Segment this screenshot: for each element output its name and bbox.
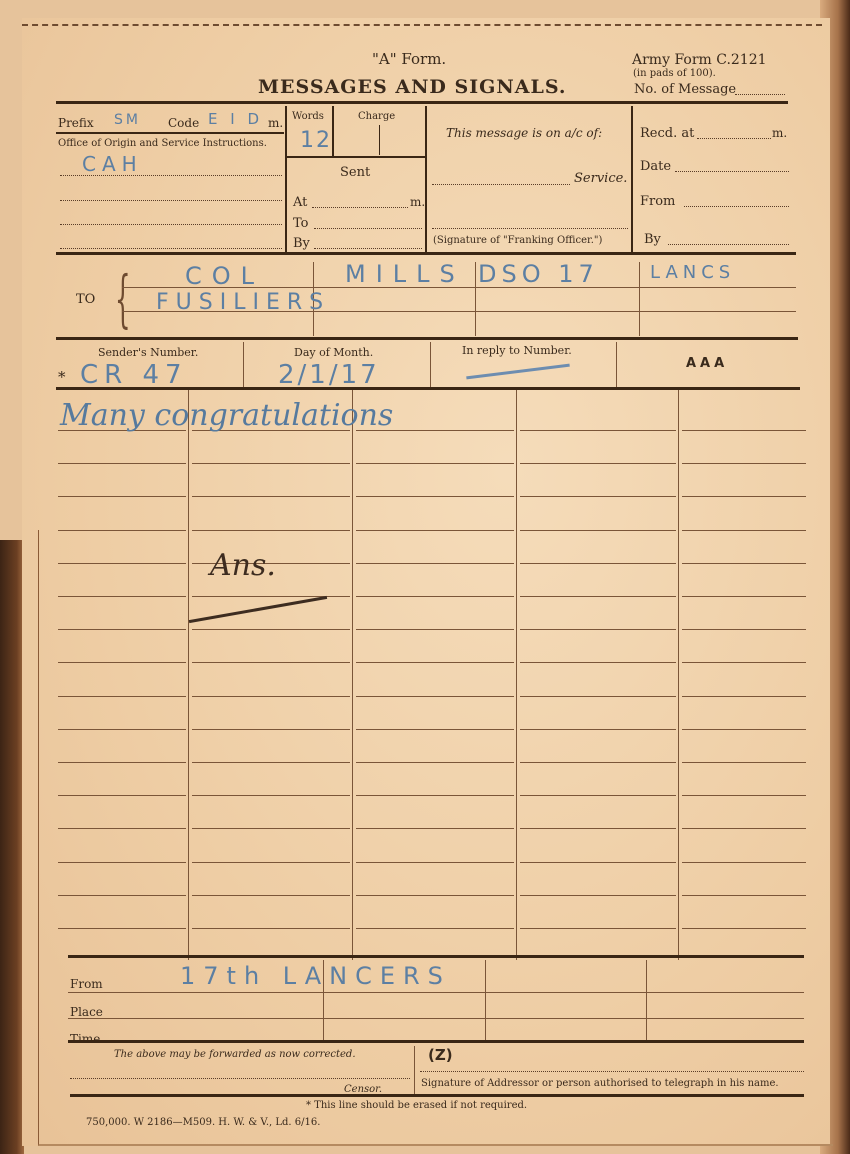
- sent-to-label: To: [293, 216, 309, 231]
- received-by-label: By: [644, 232, 661, 247]
- grid-rule-line: [192, 895, 350, 896]
- aaa-marker: AAA: [686, 356, 728, 371]
- to-brace: {: [115, 262, 131, 335]
- grid-rule-line: [58, 563, 186, 564]
- grid-rule-line: [58, 729, 186, 730]
- prefix-label: Prefix: [58, 116, 94, 130]
- grid-rule-line: [356, 729, 514, 730]
- grid-rule-line: [356, 596, 514, 597]
- grid-rule-line: [58, 795, 186, 796]
- section-rule: [68, 955, 804, 958]
- footer-divider: [485, 960, 486, 1040]
- forwarded-note: The above may be forwarded as now correc…: [114, 1049, 356, 1060]
- grid-rule-line: [58, 596, 186, 597]
- grid-rule-line: [682, 430, 806, 431]
- grid-column-divider: [352, 390, 353, 960]
- code-value[interactable]: E I D: [208, 110, 263, 128]
- section-rule: [56, 252, 796, 255]
- sent-by-field[interactable]: [314, 248, 422, 249]
- printer-line: 750,000. W 2186—M509. H. W. & V., Ld. 6/…: [86, 1117, 320, 1128]
- reply-number-label: In reply to Number.: [462, 344, 572, 357]
- to-recipient-word[interactable]: DSO 17: [478, 260, 599, 288]
- grid-rule-line: [58, 895, 186, 896]
- addressor-signature-field[interactable]: [420, 1071, 804, 1072]
- sent-at-field[interactable]: [312, 207, 408, 208]
- grid-rule-line: [192, 496, 350, 497]
- grid-rule-line: [356, 496, 514, 497]
- day-of-month-value[interactable]: 2/1/17: [278, 360, 380, 390]
- to-recipient-word[interactable]: COL: [185, 262, 264, 290]
- grid-rule-line: [58, 696, 186, 697]
- message-number-label: No. of Message: [634, 82, 736, 97]
- pads-note: (in pads of 100).: [633, 68, 716, 79]
- grid-rule-line: [356, 762, 514, 763]
- grid-rule-line: [682, 496, 806, 497]
- franking-signature-field[interactable]: [432, 228, 628, 229]
- prefix-value[interactable]: SM: [114, 112, 141, 128]
- grid-rule-line: [58, 828, 186, 829]
- from-value[interactable]: 17th LANCERS: [180, 962, 451, 990]
- grid-rule-line: [520, 496, 676, 497]
- day-of-month-label: Day of Month.: [294, 346, 373, 359]
- senders-number-label: Sender's Number.: [98, 346, 198, 359]
- from-line: [68, 992, 804, 993]
- meta-divider: [616, 342, 617, 388]
- franking-signature-label: (Signature of "Franking Officer."): [433, 235, 602, 246]
- to-recipient-word[interactable]: LANCS: [650, 262, 735, 283]
- section-rule: [56, 337, 798, 340]
- received-at-suffix: m.: [772, 126, 787, 140]
- grid-rule-line: [356, 862, 514, 863]
- grid-rule-line: [192, 629, 350, 630]
- sent-at-suffix: m.: [410, 195, 425, 209]
- received-at-label: Recd. at: [640, 126, 694, 141]
- grid-rule-line: [682, 696, 806, 697]
- sent-rule: [287, 156, 425, 158]
- divider: [425, 106, 427, 252]
- grid-rule-line: [682, 828, 806, 829]
- grid-rule-line: [682, 662, 806, 663]
- grid-rule-line: [520, 762, 676, 763]
- grid-rule-line: [520, 729, 676, 730]
- army-form-number: Army Form C.2121: [632, 52, 767, 68]
- grid-rule-line: [356, 928, 514, 929]
- received-date-field[interactable]: [675, 171, 789, 172]
- grid-rule-line: [520, 862, 676, 863]
- prefix-rule: [56, 132, 284, 134]
- service-field[interactable]: [432, 184, 570, 185]
- to-label: TO: [76, 292, 95, 307]
- grid-rule-line: [520, 596, 676, 597]
- censor-divider: [414, 1046, 415, 1096]
- to-recipient-word[interactable]: MILLS: [345, 260, 465, 288]
- grid-rule-line: [192, 928, 350, 929]
- to-recipient-line-2[interactable]: FUSILIERS: [156, 290, 330, 315]
- charge-divider: [379, 125, 380, 155]
- grid-rule-line: [520, 828, 676, 829]
- grid-rule-line: [356, 828, 514, 829]
- z-mark: (Z): [428, 1046, 453, 1064]
- office-line-1[interactable]: [60, 175, 282, 176]
- senders-number-value[interactable]: CR 47: [80, 360, 188, 390]
- erase-asterisk: *: [58, 368, 66, 386]
- office-line-2[interactable]: [60, 200, 282, 201]
- received-by-field[interactable]: [668, 244, 789, 245]
- grid-rule-line: [682, 795, 806, 796]
- words-label: Words: [292, 111, 324, 122]
- grid-rule-line: [58, 530, 186, 531]
- place-label: Place: [70, 1005, 103, 1019]
- form-letter: "A" Form.: [372, 50, 446, 68]
- grid-rule-line: [58, 496, 186, 497]
- grid-rule-line: [520, 928, 676, 929]
- section-rule: [68, 1040, 804, 1043]
- grid-rule-line: [192, 463, 350, 464]
- grid-rule-line: [682, 895, 806, 896]
- grid-rule-line: [356, 463, 514, 464]
- sent-to-field[interactable]: [314, 228, 422, 229]
- grid-rule-line: [520, 696, 676, 697]
- footer-divider: [323, 960, 324, 1040]
- grid-rule-line: [520, 563, 676, 564]
- office-origin-value[interactable]: CAH: [82, 152, 143, 176]
- service-label: Service.: [574, 171, 627, 186]
- background-shadow: [0, 540, 24, 1154]
- message-number-field[interactable]: [735, 94, 785, 95]
- grid-rule-line: [356, 696, 514, 697]
- words-value[interactable]: 12: [300, 128, 332, 153]
- received-at-field[interactable]: [697, 138, 771, 139]
- grid-rule-line: [520, 895, 676, 896]
- time-label: Time: [70, 1032, 100, 1046]
- code-suffix: m.: [268, 116, 283, 130]
- divider: [332, 106, 334, 156]
- grid-rule-line: [520, 662, 676, 663]
- grid-column-divider: [188, 390, 189, 960]
- grid-rule-line: [682, 530, 806, 531]
- grid-rule-line: [356, 662, 514, 663]
- code-label: Code: [168, 116, 199, 130]
- grid-rule-line: [520, 530, 676, 531]
- grid-rule-line: [58, 662, 186, 663]
- received-from-field[interactable]: [684, 206, 789, 207]
- account-label: This message is on a/c of:: [446, 126, 602, 140]
- grid-rule-line: [682, 762, 806, 763]
- section-rule: [70, 1094, 804, 1097]
- grid-rule-line: [682, 563, 806, 564]
- message-signature[interactable]: Ans.: [210, 548, 276, 583]
- meta-divider: [430, 342, 431, 388]
- grid-rule-line: [520, 430, 676, 431]
- page-title: MESSAGES AND SIGNALS.: [258, 76, 567, 98]
- grid-rule-line: [356, 629, 514, 630]
- grid-rule-line: [520, 463, 676, 464]
- grid-rule-line: [192, 696, 350, 697]
- grid-rule-line: [192, 795, 350, 796]
- grid-rule-line: [682, 596, 806, 597]
- grid-rule-line: [192, 762, 350, 763]
- grid-rule-line: [356, 530, 514, 531]
- from-label: From: [70, 977, 103, 991]
- footer-divider: [646, 960, 647, 1040]
- grid-rule-line: [356, 795, 514, 796]
- office-line-3[interactable]: [60, 224, 282, 225]
- grid-rule-line: [58, 629, 186, 630]
- grid-rule-line: [520, 629, 676, 630]
- grid-rule-line: [58, 463, 186, 464]
- to-divider: [639, 262, 640, 336]
- header-rule: [56, 101, 788, 104]
- grid-rule-line: [682, 928, 806, 929]
- grid-column-divider: [678, 390, 679, 960]
- message-text[interactable]: Many congratulations: [60, 398, 393, 433]
- grid-rule-line: [192, 662, 350, 663]
- grid-rule-line: [682, 463, 806, 464]
- divider: [285, 106, 287, 252]
- sent-label: Sent: [340, 165, 370, 180]
- grid-rule-line: [192, 729, 350, 730]
- divider: [631, 106, 633, 252]
- section-rule: [56, 387, 800, 390]
- grid-rule-line: [192, 828, 350, 829]
- sent-by-label: By: [293, 236, 310, 251]
- office-line-4[interactable]: [60, 248, 282, 249]
- office-origin-label: Office of Origin and Service Instruction…: [58, 138, 267, 149]
- received-from-label: From: [640, 194, 675, 209]
- censor-field[interactable]: [70, 1078, 410, 1079]
- received-date-label: Date: [640, 159, 671, 174]
- grid-column-divider: [516, 390, 517, 960]
- grid-rule-line: [58, 862, 186, 863]
- grid-rule-line: [682, 862, 806, 863]
- grid-rule-line: [192, 530, 350, 531]
- place-line: [68, 1018, 804, 1019]
- meta-divider: [243, 342, 244, 388]
- sent-at-label: At: [293, 195, 307, 210]
- grid-rule-line: [356, 895, 514, 896]
- grid-rule-line: [356, 563, 514, 564]
- grid-rule-line: [58, 928, 186, 929]
- addressor-signature-label: Signature of Addressor or person authori…: [421, 1078, 779, 1089]
- erase-note: * This line should be erased if not requ…: [306, 1100, 527, 1111]
- grid-rule-line: [192, 862, 350, 863]
- to-divider: [475, 262, 476, 336]
- grid-rule-line: [682, 629, 806, 630]
- grid-rule-line: [58, 762, 186, 763]
- grid-rule-line: [682, 729, 806, 730]
- perforation-line: [22, 24, 822, 26]
- grid-rule-line: [520, 795, 676, 796]
- charge-label: Charge: [358, 111, 395, 122]
